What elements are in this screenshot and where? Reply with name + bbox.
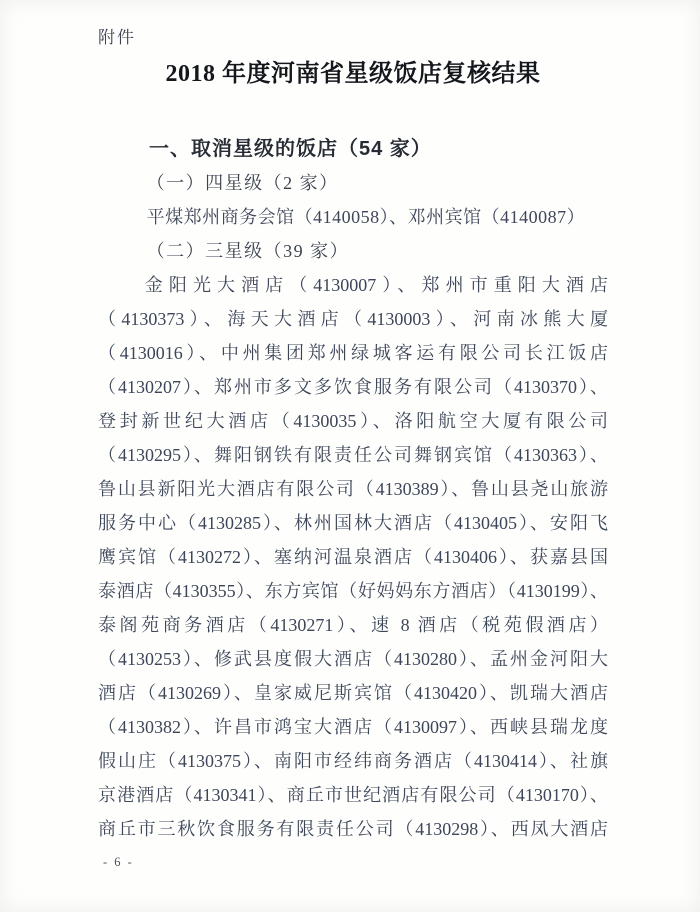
three-star-hotel-list: 金阳光大酒店（4130007）、郑州市重阳大酒店 （4130373）、海天大酒店…: [98, 268, 608, 846]
subsection-heading-four-star: （一）四星级（2 家）: [98, 166, 608, 200]
paragraph-line: 登封新世纪大酒店（4130035）、洛阳航空大厦有限公司: [98, 404, 608, 438]
paragraph-line: 京港酒店（4130341）、商丘市世纪酒店有限公司（4130170）、: [98, 778, 608, 812]
paragraph-line: （4130382）、许昌市鸿宝大酒店（4130097）、西峡县瑞龙度: [98, 710, 608, 744]
paragraph-line: 假山庄（4130375）、南阳市经纬商务酒店（4130414）、社旗: [98, 744, 608, 778]
attachment-label: 附件: [98, 22, 608, 54]
subsection-heading-three-star: （二）三星级（39 家）: [98, 234, 608, 268]
paragraph-line: 泰阁苑商务酒店（4130271）、速 8 酒店（税苑假酒店）: [98, 608, 608, 642]
paragraph-line: 泰酒店（4130355）、东方宾馆（好妈妈东方酒店）（4130199）、: [98, 574, 608, 608]
page-number: - 6 -: [103, 854, 134, 870]
page-title: 2018 年度河南省星级饭店复核结果: [98, 56, 608, 92]
paragraph-line: 酒店（4130269）、皇家威尼斯宾馆（4130420）、凯瑞大酒店: [98, 676, 608, 710]
paragraph-line: 商丘市三秋饮食服务有限责任公司（4130298）、西凤大酒店: [98, 812, 608, 846]
paragraph-line: （4130016）、中州集团郑州绿城客运有限公司长江饭店: [98, 336, 608, 370]
paragraph-line: 鲁山县新阳光大酒店有限公司（4130389）、鲁山县尧山旅游: [98, 472, 608, 506]
paragraph-line: （4130253）、修武县度假大酒店（4130280）、孟州金河阳大: [98, 642, 608, 676]
paragraph-line: （4130295）、舞阳钢铁有限责任公司舞钢宾馆（4130363）、: [98, 438, 608, 472]
paragraph-line: 金阳光大酒店（4130007）、郑州市重阳大酒店: [98, 268, 608, 302]
paragraph-line: 鹰宾馆（4130272）、塞纳河温泉酒店（4130406）、获嘉县国: [98, 540, 608, 574]
paragraph-line: （4130207）、郑州市多文多饮食服务有限公司（4130370）、: [98, 370, 608, 404]
paragraph-line: （4130373）、海天大酒店（4130003）、河南冰熊大厦: [98, 302, 608, 336]
document-content: 附件 2018 年度河南省星级饭店复核结果 一、取消星级的饭店（54 家） （一…: [0, 0, 700, 846]
scanned-document-page: 附件 2018 年度河南省星级饭店复核结果 一、取消星级的饭店（54 家） （一…: [0, 0, 700, 912]
paragraph-line: 服务中心（4130285）、林州国林大酒店（4130405）、安阳飞: [98, 506, 608, 540]
section-heading-cancelled-hotels: 一、取消星级的饭店（54 家）: [98, 132, 608, 166]
four-star-hotel-list: 平煤郑州商务会馆（4140058）、邓州宾馆（4140087）: [98, 200, 608, 234]
